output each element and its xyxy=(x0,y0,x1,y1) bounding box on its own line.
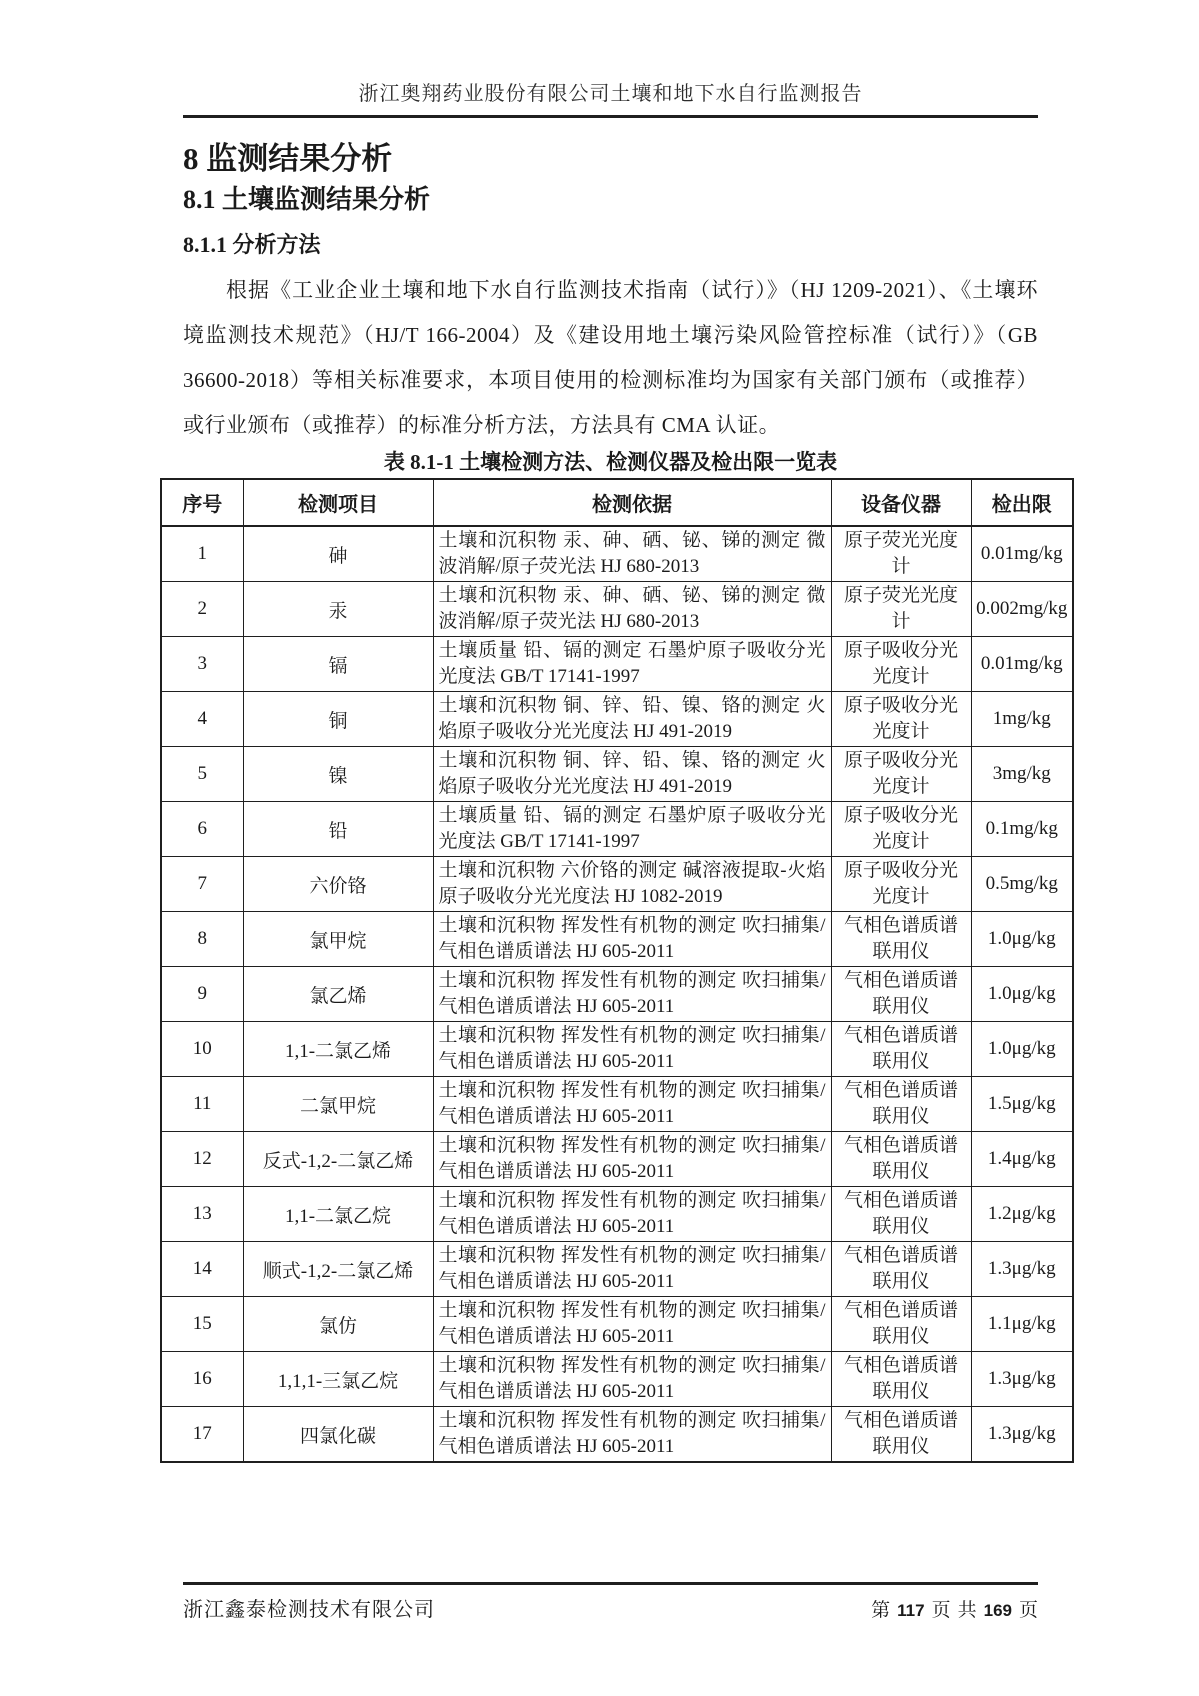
cell-basis: 土壤和沉积物 挥发性有机物的测定 吹扫捕集/气相色谱质谱法 HJ 605-201… xyxy=(433,1242,831,1297)
cell-limit: 0.1mg/kg xyxy=(971,802,1073,857)
column-header-limit: 检出限 xyxy=(971,479,1073,526)
cell-seq: 3 xyxy=(161,637,243,692)
table-row: 15氯仿土壤和沉积物 挥发性有机物的测定 吹扫捕集/气相色谱质谱法 HJ 605… xyxy=(161,1297,1073,1352)
cell-item: 氯仿 xyxy=(243,1297,433,1352)
cell-instrument: 气相色谱质谱联用仪 xyxy=(831,1187,971,1242)
cell-limit: 1.3μg/kg xyxy=(971,1407,1073,1463)
footer-row: 浙江鑫泰检测技术有限公司 第 117 页 共 169 页 xyxy=(183,1593,1038,1622)
cell-limit: 1.4μg/kg xyxy=(971,1132,1073,1187)
cell-instrument: 气相色谱质谱联用仪 xyxy=(831,1297,971,1352)
cell-instrument: 原子吸收分光光度计 xyxy=(831,747,971,802)
footer-page-of: 共 xyxy=(958,1595,977,1622)
cell-basis: 土壤和沉积物 挥发性有机物的测定 吹扫捕集/气相色谱质谱法 HJ 605-201… xyxy=(433,1077,831,1132)
table-row: 17四氯化碳土壤和沉积物 挥发性有机物的测定 吹扫捕集/气相色谱质谱法 HJ 6… xyxy=(161,1407,1073,1463)
cell-limit: 1.0μg/kg xyxy=(971,967,1073,1022)
cell-instrument: 气相色谱质谱联用仪 xyxy=(831,1132,971,1187)
cell-seq: 7 xyxy=(161,857,243,912)
cell-instrument: 原子吸收分光光度计 xyxy=(831,802,971,857)
document-page: 浙江奥翔药业股份有限公司土壤和地下水自行监测报告 8 监测结果分析 8.1 土壤… xyxy=(0,0,1199,1696)
cell-limit: 0.002mg/kg xyxy=(971,582,1073,637)
cell-item: 二氯甲烷 xyxy=(243,1077,433,1132)
table-header-row: 序号 检测项目 检测依据 设备仪器 检出限 xyxy=(161,479,1073,526)
page-header: 浙江奥翔药业股份有限公司土壤和地下水自行监测报告 xyxy=(183,82,1038,118)
table-row: 1砷土壤和沉积物 汞、砷、硒、铋、锑的测定 微波消解/原子荧光法 HJ 680-… xyxy=(161,526,1073,582)
cell-item: 铅 xyxy=(243,802,433,857)
table-title: 表 8.1-1 土壤检测方法、检测仪器及检出限一览表 xyxy=(183,449,1038,475)
cell-item: 1,1-二氯乙烷 xyxy=(243,1187,433,1242)
page-footer: 浙江鑫泰检测技术有限公司 第 117 页 共 169 页 xyxy=(183,1582,1038,1622)
body-paragraph: 根据《工业企业土壤和地下水自行监测技术指南（试行）》（HJ 1209-2021）… xyxy=(183,268,1038,448)
table-row: 6铅土壤质量 铅、镉的测定 石墨炉原子吸收分光光度法 GB/T 17141-19… xyxy=(161,802,1073,857)
cell-instrument: 气相色谱质谱联用仪 xyxy=(831,967,971,1022)
cell-limit: 0.01mg/kg xyxy=(971,637,1073,692)
cell-basis: 土壤和沉积物 汞、砷、硒、铋、锑的测定 微波消解/原子荧光法 HJ 680-20… xyxy=(433,582,831,637)
cell-seq: 17 xyxy=(161,1407,243,1463)
cell-basis: 土壤和沉积物 挥发性有机物的测定 吹扫捕集/气相色谱质谱法 HJ 605-201… xyxy=(433,1022,831,1077)
footer-company: 浙江鑫泰检测技术有限公司 xyxy=(183,1593,435,1622)
table-row: 131,1-二氯乙烷土壤和沉积物 挥发性有机物的测定 吹扫捕集/气相色谱质谱法 … xyxy=(161,1187,1073,1242)
cell-item: 镍 xyxy=(243,747,433,802)
page-header-title: 浙江奥翔药业股份有限公司土壤和地下水自行监测报告 xyxy=(183,82,1038,106)
cell-seq: 6 xyxy=(161,802,243,857)
table-row: 8氯甲烷土壤和沉积物 挥发性有机物的测定 吹扫捕集/气相色谱质谱法 HJ 605… xyxy=(161,912,1073,967)
cell-item: 铜 xyxy=(243,692,433,747)
table-row: 11二氯甲烷土壤和沉积物 挥发性有机物的测定 吹扫捕集/气相色谱质谱法 HJ 6… xyxy=(161,1077,1073,1132)
cell-item: 四氯化碳 xyxy=(243,1407,433,1463)
cell-instrument: 气相色谱质谱联用仪 xyxy=(831,912,971,967)
table-row: 7六价铬土壤和沉积物 六价铬的测定 碱溶液提取-火焰原子吸收分光光度法 HJ 1… xyxy=(161,857,1073,912)
cell-limit: 1.2μg/kg xyxy=(971,1187,1073,1242)
column-header-seq: 序号 xyxy=(161,479,243,526)
cell-instrument: 气相色谱质谱联用仪 xyxy=(831,1077,971,1132)
cell-basis: 土壤质量 铅、镉的测定 石墨炉原子吸收分光光度法 GB/T 17141-1997 xyxy=(433,637,831,692)
cell-limit: 1mg/kg xyxy=(971,692,1073,747)
section-heading-level1: 8 监测结果分析 xyxy=(183,140,1038,177)
cell-seq: 1 xyxy=(161,526,243,582)
cell-limit: 0.5mg/kg xyxy=(971,857,1073,912)
cell-instrument: 气相色谱质谱联用仪 xyxy=(831,1352,971,1407)
cell-basis: 土壤和沉积物 挥发性有机物的测定 吹扫捕集/气相色谱质谱法 HJ 605-201… xyxy=(433,1407,831,1463)
cell-limit: 1.3μg/kg xyxy=(971,1352,1073,1407)
column-header-basis: 检测依据 xyxy=(433,479,831,526)
table-row: 101,1-二氯乙烯土壤和沉积物 挥发性有机物的测定 吹扫捕集/气相色谱质谱法 … xyxy=(161,1022,1073,1077)
cell-seq: 5 xyxy=(161,747,243,802)
cell-seq: 14 xyxy=(161,1242,243,1297)
cell-basis: 土壤质量 铅、镉的测定 石墨炉原子吸收分光光度法 GB/T 17141-1997 xyxy=(433,802,831,857)
cell-seq: 9 xyxy=(161,967,243,1022)
cell-seq: 13 xyxy=(161,1187,243,1242)
cell-instrument: 原子荧光光度计 xyxy=(831,582,971,637)
cell-basis: 土壤和沉积物 挥发性有机物的测定 吹扫捕集/气相色谱质谱法 HJ 605-201… xyxy=(433,1297,831,1352)
cell-seq: 8 xyxy=(161,912,243,967)
section-heading-level2: 8.1 土壤监测结果分析 xyxy=(183,184,1038,216)
cell-seq: 16 xyxy=(161,1352,243,1407)
header-rule xyxy=(183,115,1038,118)
cell-seq: 12 xyxy=(161,1132,243,1187)
table-row: 3镉土壤质量 铅、镉的测定 石墨炉原子吸收分光光度法 GB/T 17141-19… xyxy=(161,637,1073,692)
section-heading-level3: 8.1.1 分析方法 xyxy=(183,231,1038,259)
cell-item: 汞 xyxy=(243,582,433,637)
cell-seq: 11 xyxy=(161,1077,243,1132)
column-header-instrument: 设备仪器 xyxy=(831,479,971,526)
cell-instrument: 气相色谱质谱联用仪 xyxy=(831,1407,971,1463)
cell-limit: 1.3μg/kg xyxy=(971,1242,1073,1297)
table-row: 2汞土壤和沉积物 汞、砷、硒、铋、锑的测定 微波消解/原子荧光法 HJ 680-… xyxy=(161,582,1073,637)
cell-limit: 1.1μg/kg xyxy=(971,1297,1073,1352)
cell-item: 氯乙烯 xyxy=(243,967,433,1022)
footer-page-total: 169 xyxy=(984,1601,1012,1621)
footer-page-info: 第 117 页 共 169 页 xyxy=(871,1595,1038,1622)
table-row: 4铜土壤和沉积物 铜、锌、铅、镍、铬的测定 火焰原子吸收分光光度法 HJ 491… xyxy=(161,692,1073,747)
cell-seq: 10 xyxy=(161,1022,243,1077)
cell-instrument: 气相色谱质谱联用仪 xyxy=(831,1242,971,1297)
table-row: 14顺式-1,2-二氯乙烯土壤和沉积物 挥发性有机物的测定 吹扫捕集/气相色谱质… xyxy=(161,1242,1073,1297)
cell-basis: 土壤和沉积物 铜、锌、铅、镍、铬的测定 火焰原子吸收分光光度法 HJ 491-2… xyxy=(433,692,831,747)
footer-rule xyxy=(183,1582,1038,1585)
cell-basis: 土壤和沉积物 挥发性有机物的测定 吹扫捕集/气相色谱质谱法 HJ 605-201… xyxy=(433,1187,831,1242)
cell-item: 六价铬 xyxy=(243,857,433,912)
cell-basis: 土壤和沉积物 六价铬的测定 碱溶液提取-火焰原子吸收分光光度法 HJ 1082-… xyxy=(433,857,831,912)
cell-basis: 土壤和沉积物 挥发性有机物的测定 吹扫捕集/气相色谱质谱法 HJ 605-201… xyxy=(433,967,831,1022)
cell-limit: 3mg/kg xyxy=(971,747,1073,802)
cell-item: 1,1,1-三氯乙烷 xyxy=(243,1352,433,1407)
cell-seq: 4 xyxy=(161,692,243,747)
cell-item: 反式-1,2-二氯乙烯 xyxy=(243,1132,433,1187)
cell-limit: 1.5μg/kg xyxy=(971,1077,1073,1132)
cell-item: 氯甲烷 xyxy=(243,912,433,967)
table-row: 9氯乙烯土壤和沉积物 挥发性有机物的测定 吹扫捕集/气相色谱质谱法 HJ 605… xyxy=(161,967,1073,1022)
cell-basis: 土壤和沉积物 铜、锌、铅、镍、铬的测定 火焰原子吸收分光光度法 HJ 491-2… xyxy=(433,747,831,802)
cell-limit: 0.01mg/kg xyxy=(971,526,1073,582)
cell-basis: 土壤和沉积物 挥发性有机物的测定 吹扫捕集/气相色谱质谱法 HJ 605-201… xyxy=(433,1132,831,1187)
footer-page-prefix: 第 xyxy=(871,1595,890,1622)
cell-item: 镉 xyxy=(243,637,433,692)
cell-item: 顺式-1,2-二氯乙烯 xyxy=(243,1242,433,1297)
table-row: 12反式-1,2-二氯乙烯土壤和沉积物 挥发性有机物的测定 吹扫捕集/气相色谱质… xyxy=(161,1132,1073,1187)
cell-basis: 土壤和沉积物 挥发性有机物的测定 吹扫捕集/气相色谱质谱法 HJ 605-201… xyxy=(433,912,831,967)
table-row: 5镍土壤和沉积物 铜、锌、铅、镍、铬的测定 火焰原子吸收分光光度法 HJ 491… xyxy=(161,747,1073,802)
cell-instrument: 原子荧光光度计 xyxy=(831,526,971,582)
table-row: 161,1,1-三氯乙烷土壤和沉积物 挥发性有机物的测定 吹扫捕集/气相色谱质谱… xyxy=(161,1352,1073,1407)
column-header-item: 检测项目 xyxy=(243,479,433,526)
cell-item: 砷 xyxy=(243,526,433,582)
cell-basis: 土壤和沉积物 汞、砷、硒、铋、锑的测定 微波消解/原子荧光法 HJ 680-20… xyxy=(433,526,831,582)
cell-limit: 1.0μg/kg xyxy=(971,1022,1073,1077)
cell-item: 1,1-二氯乙烯 xyxy=(243,1022,433,1077)
footer-page-label: 页 xyxy=(932,1595,951,1622)
cell-instrument: 原子吸收分光光度计 xyxy=(831,692,971,747)
cell-instrument: 气相色谱质谱联用仪 xyxy=(831,1022,971,1077)
cell-instrument: 原子吸收分光光度计 xyxy=(831,857,971,912)
footer-page-current: 117 xyxy=(897,1601,924,1621)
cell-instrument: 原子吸收分光光度计 xyxy=(831,637,971,692)
table-header: 序号 检测项目 检测依据 设备仪器 检出限 xyxy=(161,479,1073,526)
cell-limit: 1.0μg/kg xyxy=(971,912,1073,967)
cell-basis: 土壤和沉积物 挥发性有机物的测定 吹扫捕集/气相色谱质谱法 HJ 605-201… xyxy=(433,1352,831,1407)
cell-seq: 15 xyxy=(161,1297,243,1352)
detection-methods-table: 序号 检测项目 检测依据 设备仪器 检出限 1砷土壤和沉积物 汞、砷、硒、铋、锑… xyxy=(160,478,1074,1463)
footer-page-label2: 页 xyxy=(1019,1595,1038,1622)
table-body: 1砷土壤和沉积物 汞、砷、硒、铋、锑的测定 微波消解/原子荧光法 HJ 680-… xyxy=(161,526,1073,1462)
cell-seq: 2 xyxy=(161,582,243,637)
